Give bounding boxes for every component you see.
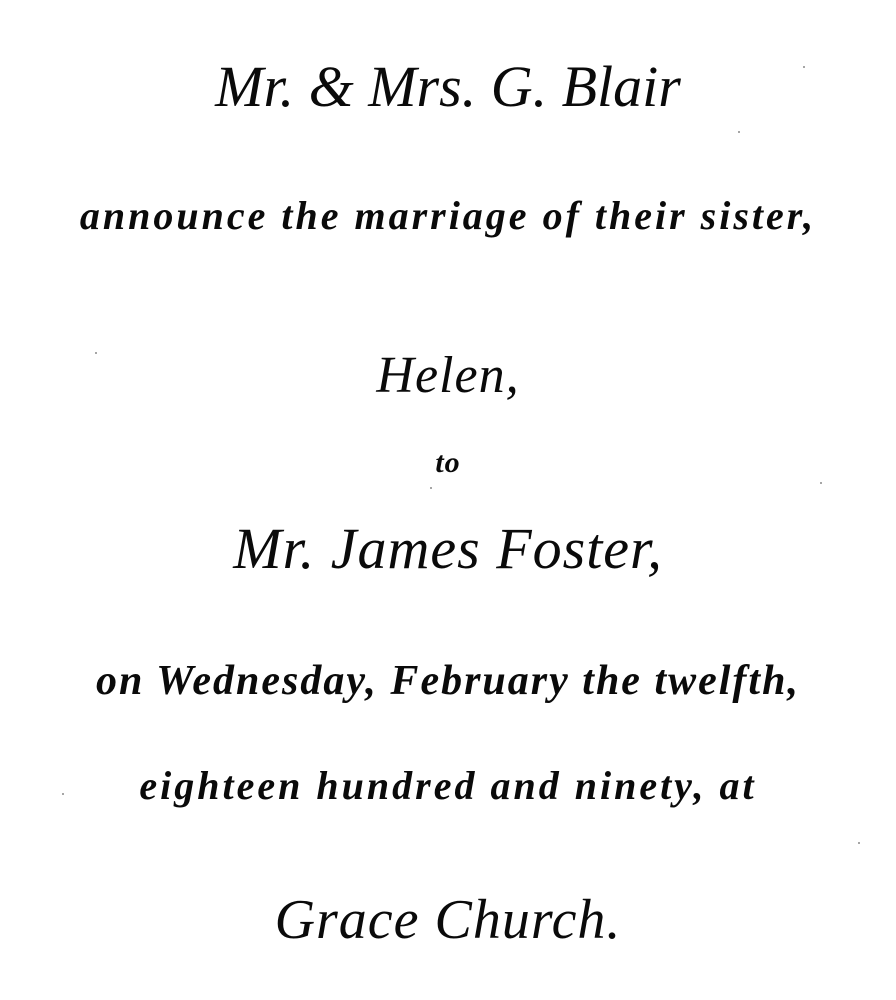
scan-speck [858,842,860,844]
scan-speck [430,487,432,489]
venue-line: Grace Church. [0,892,896,948]
bride-name: Helen, [0,350,896,402]
announcement-page: Mr. & Mrs. G. Blair announce the marriag… [0,0,896,1000]
date-line-1: on Wednesday, February the twelfth, [0,660,896,702]
scan-speck [62,793,64,795]
hosts-line: Mr. & Mrs. G. Blair [0,58,896,116]
groom-name: Mr. James Foster, [0,520,896,578]
scan-speck [820,482,822,484]
scan-speck [738,131,740,133]
scan-speck [95,352,97,354]
date-line-2: eighteen hundred and ninety, at [0,766,896,806]
scan-speck [803,66,805,68]
to-line: to [0,448,896,478]
announce-line: announce the marriage of their sister, [0,196,896,236]
